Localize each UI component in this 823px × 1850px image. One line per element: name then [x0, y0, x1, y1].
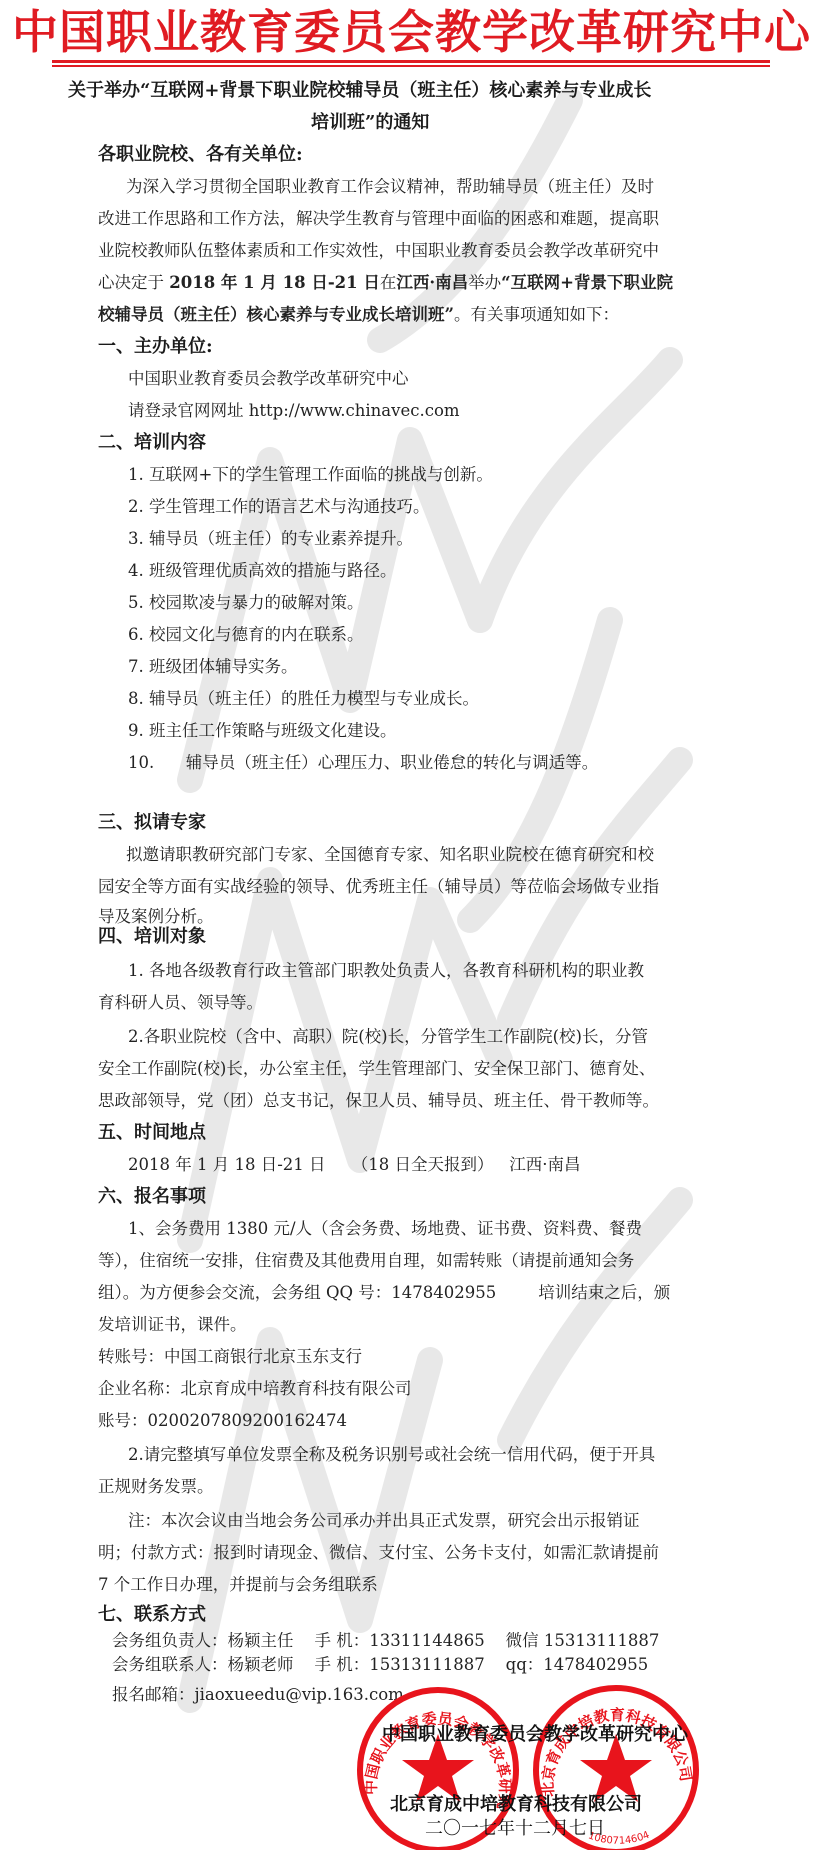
company-name: 企业名称：北京育成中培教育科技有限公司	[98, 1378, 412, 1400]
audience-text: 育科研人员、领导等。	[98, 992, 263, 1014]
audience-text: 思政部领导，党（团）总支书记，保卫人员、辅导员、班主任、骨干教师等。	[98, 1090, 659, 1112]
content-item: 4. 班级管理优质高效的措施与路径。	[128, 560, 397, 582]
content-item: 8. 辅导员（班主任）的胜任力模型与专业成长。	[128, 688, 479, 710]
bank-name: 转账号：中国工商银行北京玉东支行	[98, 1346, 362, 1368]
note-text: 注：本次会议由当地会务公司承办并出具正式发票，研究会出示报销证	[128, 1510, 640, 1532]
experts-text: 导及案例分析。	[98, 906, 214, 928]
intro-line: 业院校教师队伍整体素质和工作实效性，中国职业教育委员会教学改革研究中	[98, 240, 659, 262]
content-item: 5. 校园欺凌与暴力的破解对策。	[128, 592, 364, 614]
note-text: 明；付款方式：报到时请现金、微信、支付宝、公务卡支付，如需汇款请提前	[98, 1542, 659, 1564]
intro-text: 举办	[468, 273, 501, 292]
section-heading-experts: 三、拟请专家	[98, 812, 206, 834]
registration-text: 组）。为方便参会交流，会务组 QQ 号：1478402955 培训结束之后，颁	[98, 1282, 670, 1304]
contact-line: 会务组联系人：杨颖老师 手 机：15313111887 qq：147840295…	[112, 1654, 648, 1676]
section-heading-organizer: 一、主办单位:	[98, 336, 213, 358]
audience-text: 安全工作副院(校)长，办公室主任，学生管理部门、安全保卫部门、德育处、	[98, 1058, 655, 1080]
intro-line-5: 校辅导员（班主任）核心素养与专业成长培训班”。有关事项通知如下：	[98, 304, 619, 326]
content-item: 6. 校园文化与德育的内在联系。	[128, 624, 364, 646]
experts-text: 拟邀请职教研究部门专家、全国德育专家、知名职业院校在德育研究和校	[126, 844, 654, 866]
event-date: 2018 年 1 月 18 日-21 日	[169, 273, 380, 292]
registration-text: 等），住宿统一安排，住宿费及其他费用自理，如需转账（请提前通知会务	[98, 1250, 634, 1272]
event-place: 江西·南昌	[396, 273, 468, 292]
signature-org1: 中国职业教育委员会教学改革研究中心	[382, 1720, 688, 1746]
content-item: 7. 班级团体辅导实务。	[128, 656, 298, 678]
invoice-text: 正规财务发票。	[98, 1476, 214, 1498]
section-heading-registration: 六、报名事项	[98, 1186, 206, 1208]
intro-text: 心决定于	[98, 273, 169, 292]
note-text: 7 个工作日办理，并提前与会务组联系	[98, 1574, 378, 1596]
content-item: 1. 互联网+下的学生管理工作面临的挑战与创新。	[128, 464, 493, 486]
signature-date: 二〇一七年十二月七日	[425, 1814, 605, 1840]
intro-line: 为深入学习贯彻全国职业教育工作会议精神，帮助辅导员（班主任）及时	[126, 176, 654, 198]
masthead-rule-thin	[52, 65, 770, 67]
content-item: 2. 学生管理工作的语言艺术与沟通技巧。	[128, 496, 430, 518]
email-line[interactable]: 报名邮箱：jiaoxueedu@vip.163.com	[112, 1684, 404, 1706]
masthead-title: 中国职业教育委员会教学改革研究中心	[0, 6, 823, 58]
invoice-text: 2.请完整填写单位发票全称及税务识别号或社会统一信用代码，便于开具	[128, 1444, 655, 1466]
masthead-rule	[52, 60, 770, 63]
intro-text: 。有关事项通知如下：	[454, 305, 619, 324]
intro-line: 改进工作思路和工作方法，解决学生教育与管理中面临的困惑和难题，提高职	[98, 208, 659, 230]
event-name: “互联网+背景下职业院	[501, 273, 673, 292]
event-name: 校辅导员（班主任）核心素养与专业成长培训班”	[98, 305, 454, 324]
intro-line-4: 心决定于 2018 年 1 月 18 日-21 日在江西·南昌举办“互联网+背景…	[98, 272, 673, 294]
time-place-line: 2018 年 1 月 18 日-21 日 （18 日全天报到） 江西·南昌	[128, 1154, 580, 1176]
audience-text: 2.各职业院校（含中、高职）院(校)长，分管学生工作副院(校)长，分管	[128, 1026, 648, 1048]
section-heading-audience: 四、培训对象	[98, 926, 206, 948]
intro-text: 在	[380, 273, 397, 292]
account-number: 账号：0200207809200162474	[98, 1410, 347, 1432]
contact-line: 会务组负责人：杨颖主任 手 机：13311144865 微信 153131118…	[112, 1630, 659, 1652]
organizer-name: 中国职业教育委员会教学改革研究中心	[128, 368, 409, 390]
registration-text: 发培训证书，课件。	[98, 1314, 247, 1336]
salutation: 各职业院校、各有关单位:	[98, 144, 303, 166]
section-heading-contact: 七、联系方式	[98, 1604, 206, 1626]
notice-title-line1: 关于举办“互联网+背景下职业院校辅导员（班主任）核心素养与专业成长	[68, 80, 651, 102]
content-item: 10. 辅导员（班主任）心理压力、职业倦怠的转化与调适等。	[128, 752, 598, 774]
section-heading-content: 二、培训内容	[98, 432, 206, 454]
registration-text: 1、会务费用 1380 元/人（含会务费、场地费、证书费、资料费、餐费	[128, 1218, 642, 1240]
content-item: 9. 班主任工作策略与班级文化建设。	[128, 720, 397, 742]
content-item: 3. 辅导员（班主任）的专业素养提升。	[128, 528, 413, 550]
section-heading-time-place: 五、时间地点	[98, 1122, 206, 1144]
audience-text: 1. 各地各级教育行政主管部门职教处负责人，各教育科研机构的职业教	[128, 960, 644, 982]
signature-org2: 北京育成中培教育科技有限公司	[390, 1790, 642, 1816]
website-line: 请登录官网网址 http://www.chinavec.com	[128, 400, 460, 422]
notice-title-line2: 培训班”的通知	[311, 112, 429, 134]
experts-text: 园安全等方面有实战经验的领导、优秀班主任（辅导员）等莅临会场做专业指	[98, 876, 659, 898]
